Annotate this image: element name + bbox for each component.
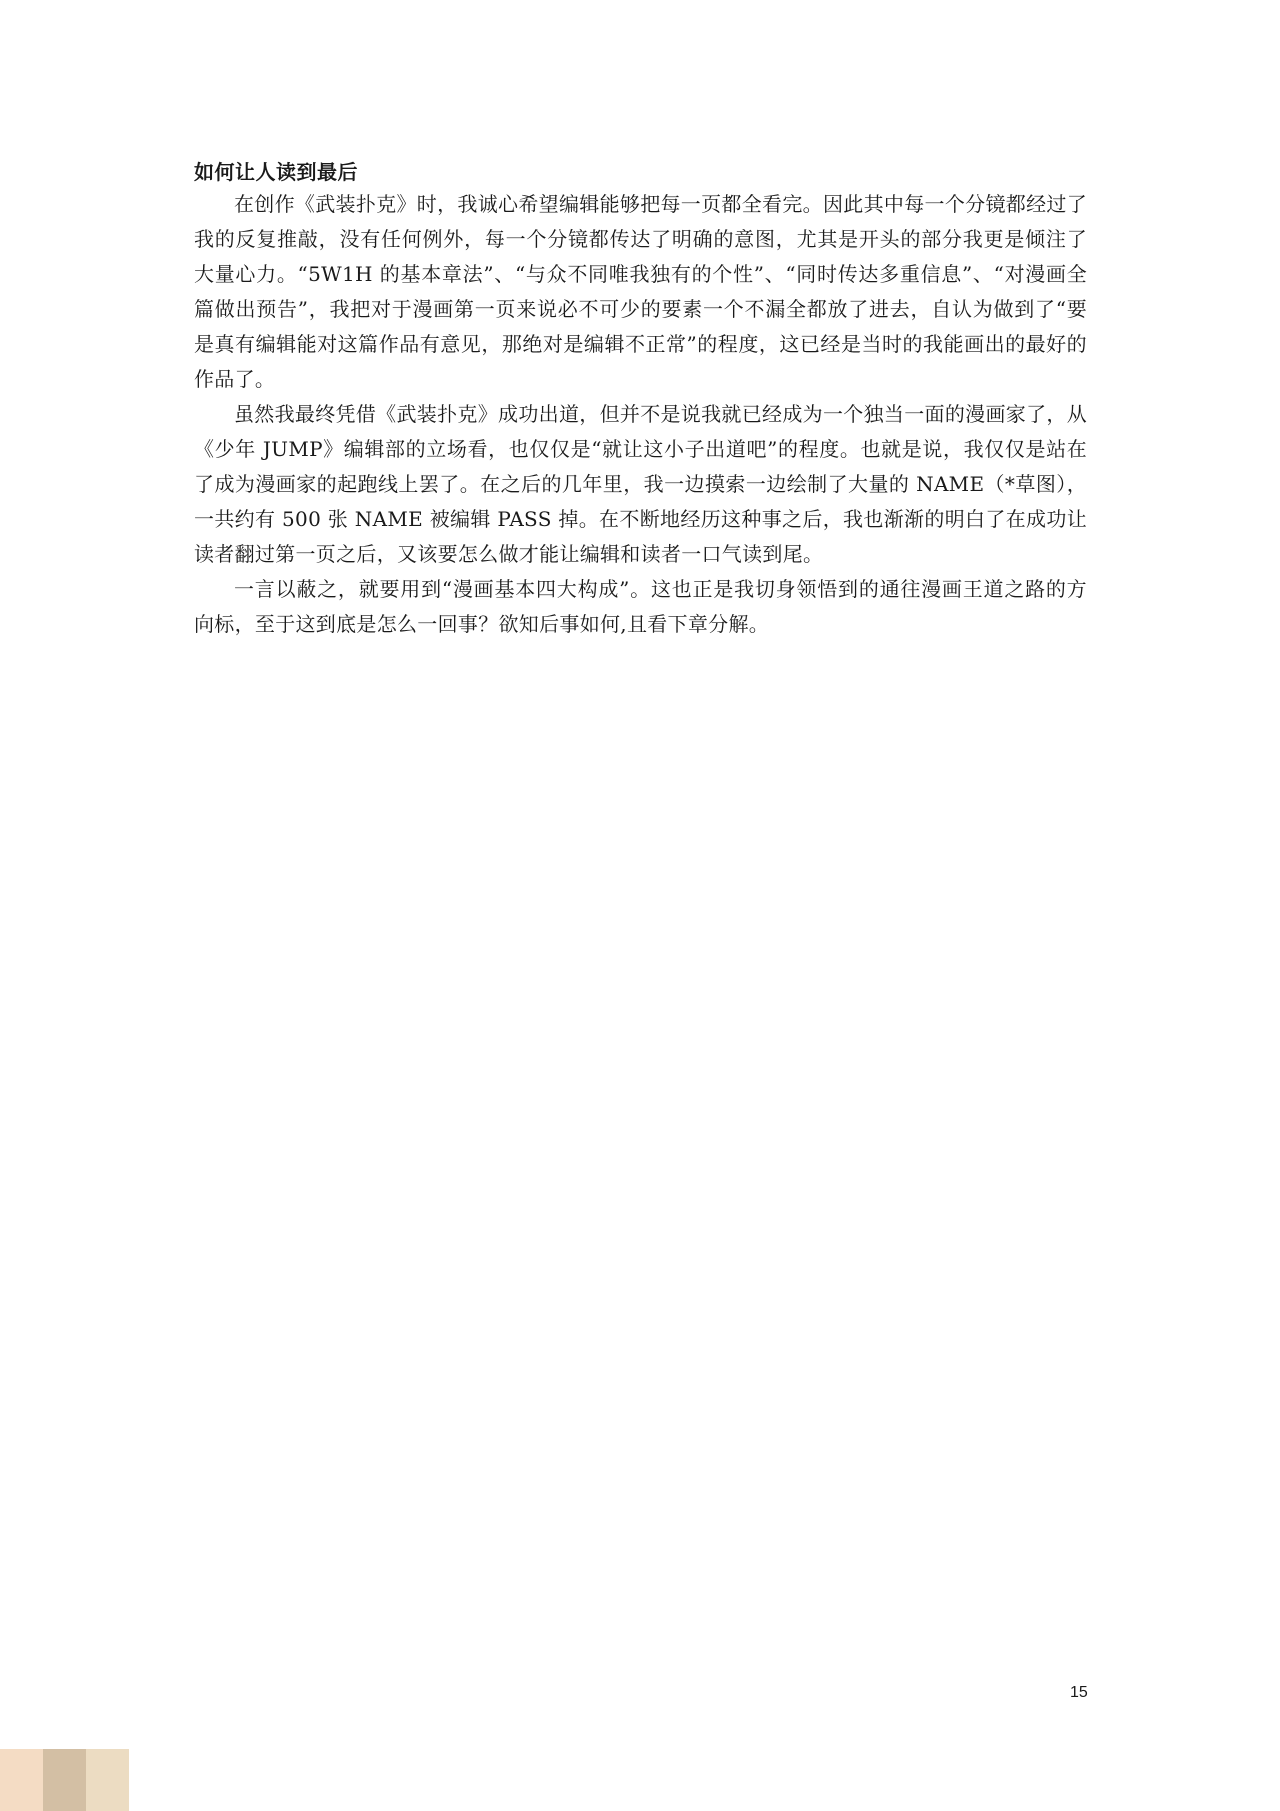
- section-heading: 如何让人读到最后: [194, 157, 1087, 187]
- corner-block-2: [43, 1749, 86, 1811]
- page-number: 15: [1070, 1684, 1088, 1702]
- paragraph-2: 虽然我最终凭借《武装扑克》成功出道，但并不是说我就已经成为一个独当一面的漫画家了…: [194, 397, 1087, 572]
- paragraph-1: 在创作《武装扑克》时，我诚心希望编辑能够把每一页都全看完。因此其中每一个分镜都经…: [194, 187, 1087, 397]
- page-body: 如何让人读到最后 在创作《武装扑克》时，我诚心希望编辑能够把每一页都全看完。因此…: [194, 157, 1087, 642]
- corner-decoration: [0, 1749, 129, 1811]
- corner-block-1: [0, 1749, 43, 1811]
- corner-block-3: [86, 1749, 129, 1811]
- paragraph-3: 一言以蔽之，就要用到“漫画基本四大构成”。这也正是我切身领悟到的通往漫画王道之路…: [194, 572, 1087, 642]
